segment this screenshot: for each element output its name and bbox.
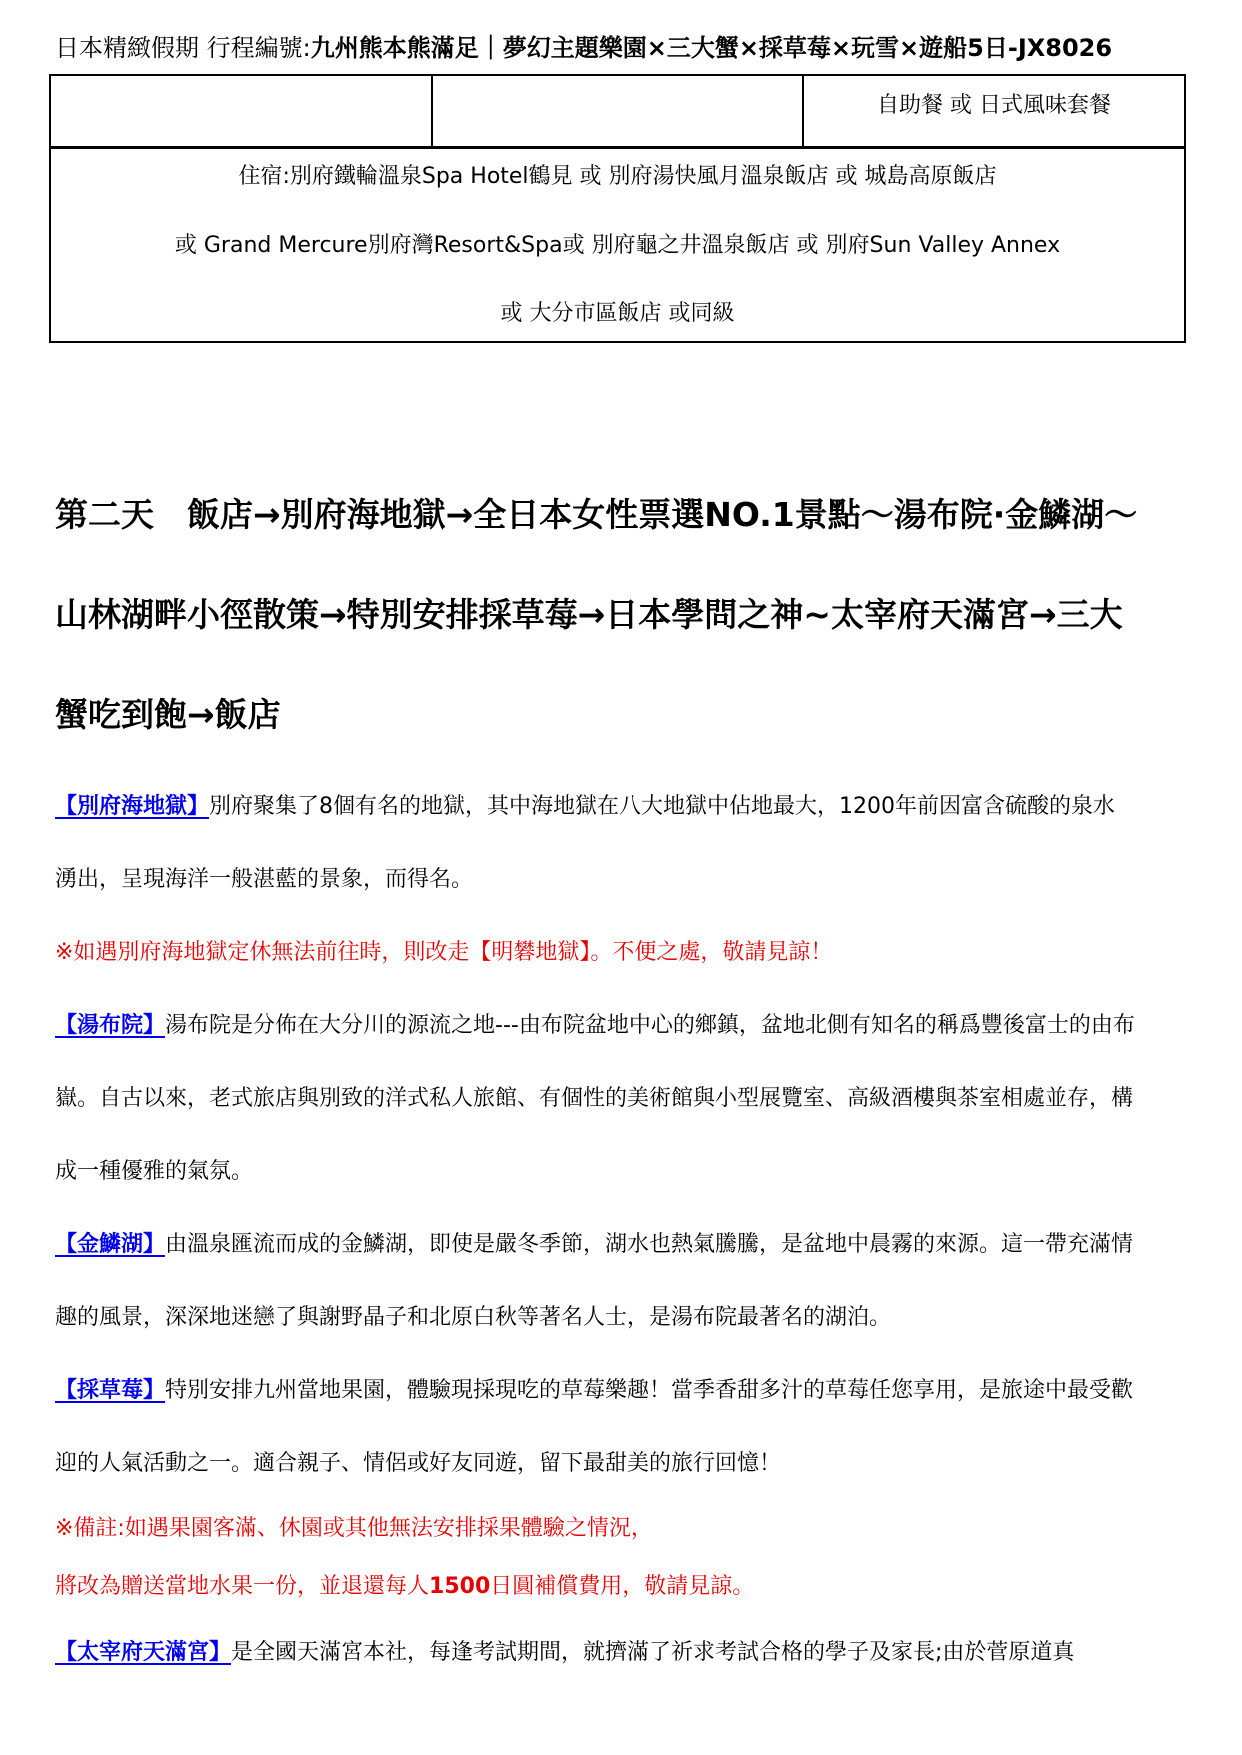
hotel-info-cell: 住宿:別府鐵輪溫泉Spa Hotel鶴見 或 別府湯快風月溫泉飯店 或 城島高原… — [51, 149, 1184, 341]
header-title: 九州熊本熊滿足｜夢幻主題樂園×三大蟹×採草莓×玩雪×遊船5日-JX8026 — [311, 34, 1112, 62]
section-strawberry-text: 特別安排九州當地果園，體驗現採現吃的草莓樂趣！當季香甜多汁的草莓任您享用，是旅途… — [55, 1378, 1133, 1476]
itinerary-code-line: 日本精緻假期 行程編號:九州熊本熊滿足｜夢幻主題樂園×三大蟹×採草莓×玩雪×遊船… — [55, 28, 1215, 63]
section-dazaifu: 【太宰府天滿宮】是全國天滿宮本社，每逢考試期間，就擠滿了祈求考試合格的學子及家長… — [55, 1616, 1135, 1689]
meal-type-cell: 自助餐 或 日式風味套餐 — [804, 76, 1184, 146]
section-beppu-jigoku: 【別府海地獄】別府聚集了8個有名的地獄，其中海地獄在八大地獄中佔地最大，1200… — [55, 770, 1135, 916]
note-strawberry-line1: ※備註:如遇果園客滿、休園或其他無法安排採果體驗之情況， — [55, 1516, 653, 1541]
note-strawberry-line2-post: 日圓補償費用，敬請見諒。 — [490, 1574, 754, 1599]
day2-heading: 第二天 飯店→別府海地獄→全日本女性票選NO.1景點～湯布院·金鱗湖～山林湖畔小… — [55, 465, 1145, 765]
section-kinrinko: 【金鱗湖】由溫泉匯流而成的金鱗湖，即使是嚴冬季節，湖水也熱氣騰騰，是盆地中晨霧的… — [55, 1208, 1135, 1354]
day2-description: 【別府海地獄】別府聚集了8個有名的地獄，其中海地獄在八大地獄中佔地最大，1200… — [55, 770, 1135, 1689]
note-strawberry-amount: 1500 — [429, 1574, 490, 1599]
table-cell-empty-1 — [51, 76, 433, 146]
hotel-line-2: 或 Grand Mercure別府灣Resort&Spa或 別府龜之井溫泉飯店 … — [57, 228, 1178, 259]
table-cell-empty-2 — [433, 76, 804, 146]
note-strawberry: ※備註:如遇果園客滿、休園或其他無法安排採果體驗之情況， 將改為贈送當地水果一份… — [55, 1500, 1135, 1616]
note-strawberry-line2-pre: 將改為贈送當地水果一份，並退還每人 — [55, 1574, 429, 1599]
keyword-beppu-jigoku: 【別府海地獄】 — [55, 794, 209, 819]
keyword-yufuin: 【湯布院】 — [55, 1013, 165, 1038]
section-dazaifu-text: 是全國天滿宮本社，每逢考試期間，就擠滿了祈求考試合格的學子及家長;由於菅原道真 — [231, 1640, 1074, 1665]
section-strawberry: 【採草莓】特別安排九州當地果園，體驗現採現吃的草莓樂趣！當季香甜多汁的草莓任您享… — [55, 1354, 1135, 1500]
hotel-line-1: 住宿:別府鐵輪溫泉Spa Hotel鶴見 或 別府湯快風月溫泉飯店 或 城島高原… — [57, 159, 1178, 190]
itinerary-table: 自助餐 或 日式風味套餐 住宿:別府鐵輪溫泉Spa Hotel鶴見 或 別府湯快… — [49, 74, 1186, 343]
section-kinrinko-text: 由溫泉匯流而成的金鱗湖，即使是嚴冬季節，湖水也熱氣騰騰，是盆地中晨霧的來源。這一… — [55, 1232, 1133, 1330]
section-yufuin-text: 湯布院是分佈在大分川的源流之地---由布院盆地中心的鄉鎮，盆地北側有知名的稱爲豐… — [55, 1013, 1135, 1184]
section-beppu-jigoku-text: 別府聚集了8個有名的地獄，其中海地獄在八大地獄中佔地最大，1200年前因富含硫酸… — [55, 794, 1115, 892]
section-yufuin: 【湯布院】湯布院是分佈在大分川的源流之地---由布院盆地中心的鄉鎮，盆地北側有知… — [55, 989, 1135, 1208]
note-beppu-closure: ※如遇別府海地獄定休無法前往時，則改走【明礬地獄】。不便之處，敬請見諒！ — [55, 916, 1135, 989]
header-prefix: 日本精緻假期 行程編號: — [55, 34, 311, 62]
table-row-meals: 自助餐 或 日式風味套餐 — [51, 76, 1184, 149]
keyword-dazaifu: 【太宰府天滿宮】 — [55, 1640, 231, 1665]
hotel-line-3: 或 大分市區飯店 或同級 — [57, 296, 1178, 327]
keyword-strawberry: 【採草莓】 — [55, 1378, 165, 1403]
keyword-kinrinko: 【金鱗湖】 — [55, 1232, 165, 1257]
